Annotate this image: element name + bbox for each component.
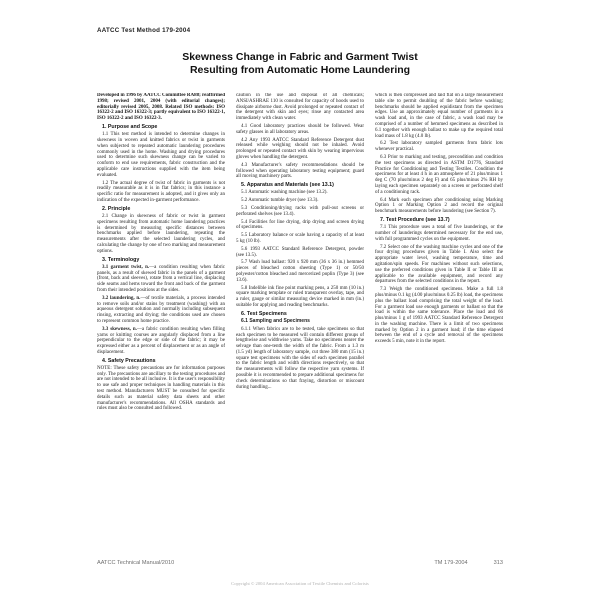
paragraph-1-1: 1.1 This test method is intended to dete… [97,132,225,178]
paragraph-7-1: 7.1 This procedure uses a total of five … [375,225,503,242]
definition-skewness: 3.3 skewness, n.—a fabric condition resu… [97,327,225,356]
paragraph-1-2: 1.2 The actual degree of twist of fabric… [97,181,225,204]
definition-laundering: 3.2 laundering, n.—of textile materials,… [97,296,225,325]
footer-right-group: TM 179-2004 313 [434,560,503,566]
definition-term: 3.1 garment twist, n. [102,265,149,270]
paragraph-6-4: 6.4 Mark each specimen after conditionin… [375,198,503,215]
method-title-line1: Skewness Change in Fabric and Garment Tw… [97,51,503,64]
paragraph-6-1-1: 6.1.1 When fabrics are to be tested, tak… [236,327,364,391]
paragraph-4-3: 4.3 Manufacturer's safety recommendation… [236,163,364,180]
paragraph-6-2: 6.2 Test laboratory sampled garments fro… [375,141,503,153]
footer-manual-title: AATCC Technical Manual/2010 [97,560,174,566]
definition-term: 3.2 laundering, n. [102,296,140,301]
document-page: AATCC Test Method 179-2004 Skewness Chan… [0,0,600,600]
paragraph-2-1: 2.1 Change in skewness of fabric or twis… [97,214,225,255]
paragraph-7-3: 7.3 Weigh the conditioned specimens. Mak… [375,287,503,345]
page-footer: AATCC Technical Manual/2010 TM 179-2004 … [97,560,503,566]
section-heading-terminology: 3. Terminology [97,257,225,263]
section-heading-apparatus-and-materials: 5. Apparatus and Materials (see 13.1) [236,182,364,188]
paragraph-4-2: 4.2 Any 1993 AATCC Standard Reference De… [236,138,364,161]
paragraph-4-1: 4.1 Good laboratory practices should be … [236,124,364,136]
development-history-paragraph: Developed in 1996 by AATCC Committee RA8… [97,93,225,122]
footer-page-number: 313 [494,560,503,566]
section-heading-principle: 2. Principle [97,206,225,212]
section-heading-test-specimens: 6. Test Specimens [236,311,364,317]
column-2: caution in the use and disposal of all c… [236,93,364,556]
section-heading-test-procedure: 7. Test Procedure (see 13.7) [375,217,503,223]
section-heading-safety-precautions: 4. Safety Precautions [97,358,225,364]
copyright-line: Copyright © 2004 American Association of… [0,581,600,586]
apparatus-item-5-5: 5.5 Laboratory balance or scale having a… [236,233,364,245]
safety-note-paragraph: NOTE: These safety precautions are for i… [97,366,225,412]
method-title-line2: Resulting from Automatic Home Laundering [97,64,503,77]
continuation-paragraph: caution in the use and disposal of all c… [236,93,364,122]
apparatus-item-5-2: 5.2 Automatic tumble dryer (see 13.3). [236,198,364,204]
continuation-paragraph: which is then compressed and laid flat o… [375,93,503,139]
column-3: which is then compressed and laid flat o… [375,93,503,556]
subheading-sampling-and-specimens: 6.1 Sampling and Specimens [236,319,364,325]
definition-garment-twist: 3.1 garment twist, n.—a condition result… [97,265,225,294]
method-title: Skewness Change in Fabric and Garment Tw… [97,51,503,77]
method-number-header: AATCC Test Method 179-2004 [97,27,190,34]
apparatus-item-5-3: 5.3 Conditioning/drying racks with pull-… [236,206,364,218]
column-1: Developed in 1996 by AATCC Committee RA8… [97,93,225,556]
definition-term: 3.3 skewness, n. [102,327,137,332]
section-heading-purpose-and-scope: 1. Purpose and Scope [97,124,225,130]
footer-method-number: TM 179-2004 [434,560,467,566]
paragraph-7-2: 7.2 Select one of the washing machine cy… [375,245,503,286]
apparatus-item-5-4: 5.4 Facilities for line drying, drip dry… [236,220,364,232]
paragraph-6-3: 6.3 Prior to marking and testing, precon… [375,155,503,196]
apparatus-item-5-6: 5.6 1993 AATCC Standard Reference Deterg… [236,247,364,259]
apparatus-item-5-1: 5.1 Automatic washing machine (see 13.2)… [236,190,364,196]
text-columns: Developed in 1996 by AATCC Committee RA8… [97,93,503,556]
apparatus-item-5-8: 5.8 Indelible ink fine point marking pen… [236,286,364,309]
apparatus-item-5-7: 5.7 Wash load ballast: 920 x 920 mm (36 … [236,260,364,283]
